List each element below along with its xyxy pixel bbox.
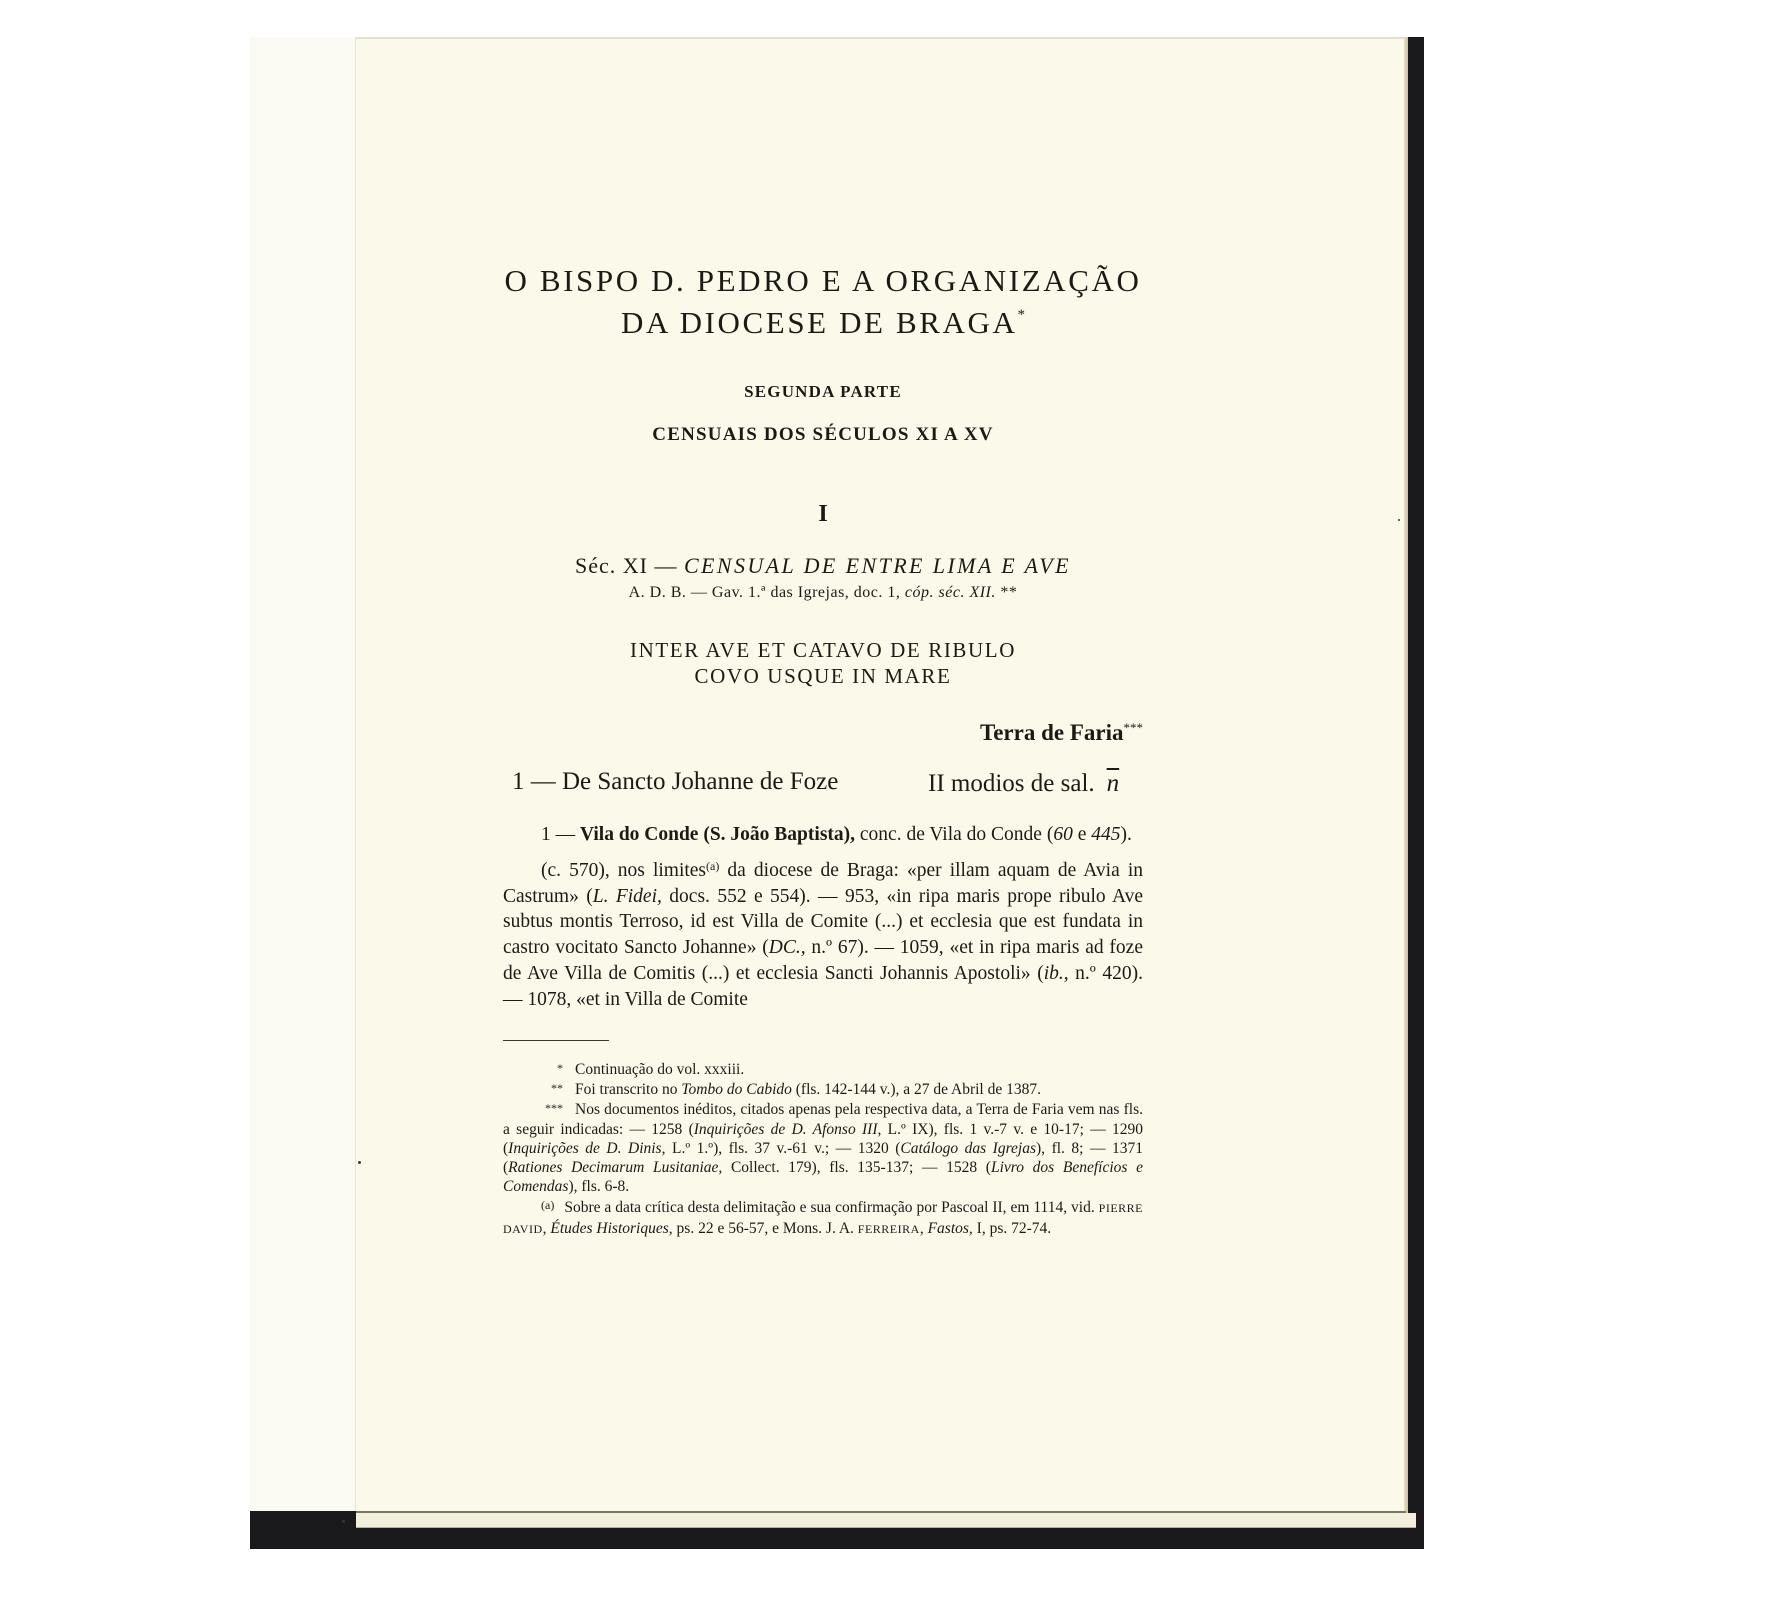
section-number: I [503,501,1143,528]
text: Collect. 179), fls. 135-137; — 1528 ( [722,1159,991,1176]
source-footnote-mark: ** [1000,584,1017,601]
speck [342,1520,345,1523]
entry-number: 1 — [541,824,580,845]
text: Fastos, [928,1220,973,1237]
footnote-3: ***Nos documentos inéditos, citados apen… [503,1099,1143,1196]
section-prefix: Séc. XI — [575,553,677,578]
text: (fls. 142-144 v.), a 27 de Abril de 1387… [792,1081,1041,1098]
footnote-separator [503,1040,609,1041]
page-bottom-edge [356,1513,1416,1528]
text: Foi transcrito no [575,1081,681,1098]
text: Sobre a data crítica desta delimitação e… [564,1199,1098,1216]
footnote-1: *Continuação do vol. xxxiii. [503,1059,1143,1079]
text: ), fls. 6-8. [568,1178,629,1195]
text: Études Historiques, [550,1220,672,1237]
section-heading: Séc. XI — CENSUAL DE ENTRE LIMA E AVE [503,553,1143,579]
terra-heading-text: Terra de Faria [980,720,1124,745]
title-line-2-text: DA DIOCESE DE BRAGA [621,305,1017,340]
text: Inquirições de D. Afonso III, [694,1121,882,1138]
footnote-ref: (a) [706,859,719,873]
footnote-2: **Foi transcrito no Tombo do Cabido (fls… [503,1079,1143,1099]
footnote-text: Continuação do vol. xxxiii. [575,1061,744,1078]
place-name: Vila do Conde (S. João Baptista), [580,824,855,845]
section-title: CENSUAL DE ENTRE LIMA E AVE [684,553,1071,578]
region-heading-line-1: INTER AVE ET CATAVO DE RIBULO [503,638,1143,663]
footnote-mark: * [503,1059,563,1078]
text: conc. de Vila do Conde ( [855,824,1053,845]
source-reference-italic: cóp. séc. XII. [905,584,996,601]
text: L. Fidei, [593,886,662,907]
binding-flap [250,37,356,1511]
commentary-paragraph-1: 1 — Vila do Conde (S. João Baptista), co… [503,822,1143,848]
commentary-text: 1 — Vila do Conde (S. João Baptista), co… [503,822,1143,1013]
text: e [1073,824,1091,845]
source-reference-text: A. D. B. — Gav. 1.ª das Igrejas, doc. 1, [629,584,901,601]
title-line-2: DA DIOCESE DE BRAGA* [503,305,1143,341]
part-label: SEGUNDA PARTE [503,382,1143,402]
text: I, ps. 72-74. [973,1220,1051,1237]
footnotes: *Continuação do vol. xxxiii. **Foi trans… [503,1059,1143,1239]
text: , [920,1220,928,1237]
census-entry-value: II modios de sal.n [928,770,1119,798]
text: 60 [1053,824,1073,845]
text: Tombo do Cabido [681,1081,792,1098]
commentary-paragraph-2: (c. 570), nos limites(a) da diocese de B… [503,854,1143,1013]
text: (c. 570), nos limites [541,860,706,881]
text: Rationes Decimarum Lusitaniae, [508,1159,722,1176]
text: DC., [769,937,806,958]
footnote-mark: (a) [541,1198,554,1212]
author-name: Ferreira [858,1222,920,1236]
text: ib., [1044,963,1069,984]
region-heading-line-2: COVO USQUE IN MARE [503,664,1143,689]
text: ps. 22 e 56-57, e Mons. J. A. [673,1220,858,1237]
terra-heading: Terra de Faria*** [503,720,1143,746]
speck [1398,519,1400,521]
text: Catálogo das Igrejas [900,1140,1036,1157]
footnote-mark: ** [503,1079,563,1098]
text: ). [1120,824,1131,845]
part-subtitle: CENSUAIS DOS SÉCULOS XI A XV [503,424,1143,446]
page-edge [1404,37,1408,1527]
terra-footnote-mark: *** [1124,720,1144,735]
title-footnote-mark: * [1017,307,1025,323]
footnote-mark: *** [503,1099,563,1118]
title-line-1: O BISPO D. PEDRO E A ORGANIZAÇÃO [503,263,1143,299]
footnote-4: (a)Sobre a data crítica desta delimitaçã… [503,1196,1143,1238]
text: Inquirições de D. Dinis, [508,1140,665,1157]
source-reference: A. D. B. — Gav. 1.ª das Igrejas, doc. 1,… [503,584,1143,602]
census-entry-value-text: II modios de sal. [928,770,1095,797]
speck [358,1161,361,1164]
text: 445 [1091,824,1120,845]
census-entry-name: 1 — De Sancto Johanne de Foze [512,768,838,796]
abbrev-mark: n [1107,770,1120,797]
text: L.º 1.º), fls. 37 v.-61 v.; — 1320 ( [665,1140,900,1157]
